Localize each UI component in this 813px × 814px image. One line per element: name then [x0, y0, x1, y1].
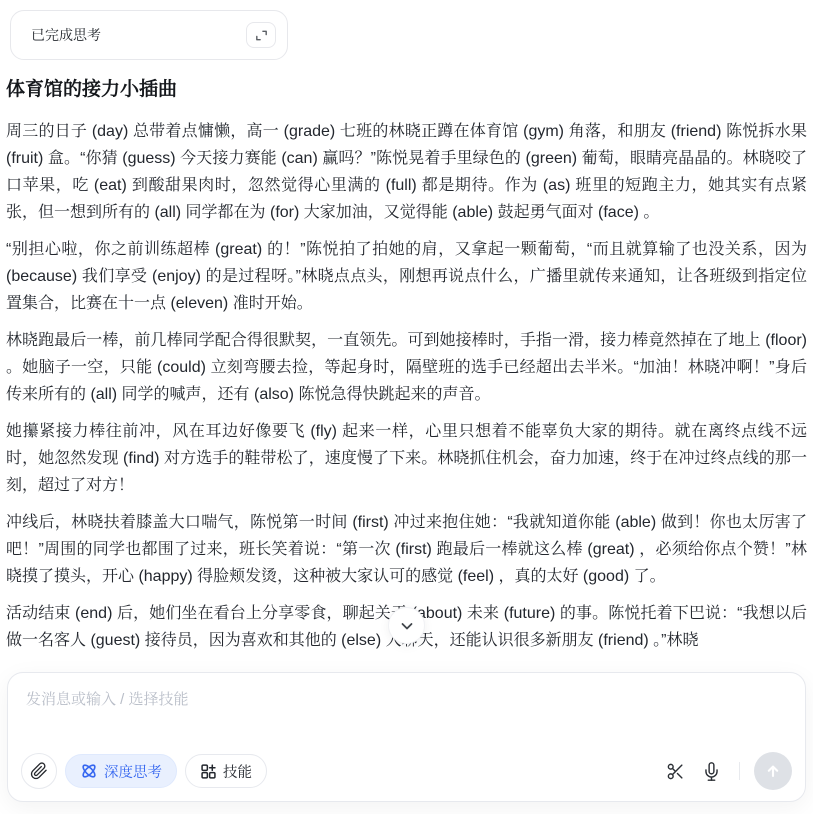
message-input[interactable]	[21, 686, 792, 734]
story-paragraph: 林晓跑最后一棒，前几棒同学配合得很默契，一直领先。可到她接棒时，手指一滑，接力棒…	[6, 327, 807, 408]
assistant-message: 体育馆的接力小插曲 周三的日子 (day) 总带着点慵懒，高一 (grade) …	[6, 77, 807, 664]
story-paragraph: 冲线后，林晓扶着膝盖大口喘气，陈悦第一时间 (first) 冲过来抱住她：“我就…	[6, 509, 807, 590]
expand-thinking-button[interactable]	[246, 22, 276, 48]
thinking-status-panel[interactable]: 已完成思考	[10, 10, 288, 60]
skills-button[interactable]: 技能	[185, 754, 267, 788]
toolbar-divider	[739, 762, 740, 780]
story-paragraph: 她攥紧接力棒往前冲，风在耳边好像要飞 (fly) 起来一样，心里只想着不能辜负大…	[6, 418, 807, 499]
skills-label: 技能	[223, 761, 252, 782]
story-paragraph: 周三的日子 (day) 总带着点慵懒，高一 (grade) 七班的林晓正蹲在体育…	[6, 118, 807, 226]
message-composer: 深度思考 技能	[7, 672, 806, 802]
story-title: 体育馆的接力小插曲	[6, 77, 807, 102]
thinking-status-label: 已完成思考	[31, 25, 101, 45]
send-button[interactable]	[754, 752, 792, 790]
chat-screen: 已完成思考 体育馆的接力小插曲 周三的日子 (day) 总带着点慵懒，高一 (g…	[0, 0, 813, 814]
arrow-up-icon	[764, 762, 782, 780]
voice-input-button[interactable]	[697, 757, 725, 785]
microphone-icon	[702, 762, 721, 781]
deep-think-label: 深度思考	[104, 761, 162, 782]
story-paragraph: “别担心啦，你之前训练超棒 (great) 的！”陈悦拍了拍她的肩，又拿起一颗葡…	[6, 236, 807, 317]
skills-grid-icon	[200, 763, 217, 780]
scroll-to-bottom-button[interactable]	[388, 607, 425, 644]
cut-button[interactable]	[661, 757, 689, 785]
deep-think-button[interactable]: 深度思考	[65, 754, 177, 788]
deep-think-icon	[80, 762, 98, 780]
scissors-icon	[666, 762, 685, 781]
composer-toolbar: 深度思考 技能	[21, 752, 792, 790]
expand-icon	[254, 28, 269, 43]
attach-button[interactable]	[21, 753, 57, 789]
chevron-down-icon	[398, 617, 416, 635]
paperclip-icon	[30, 762, 48, 780]
